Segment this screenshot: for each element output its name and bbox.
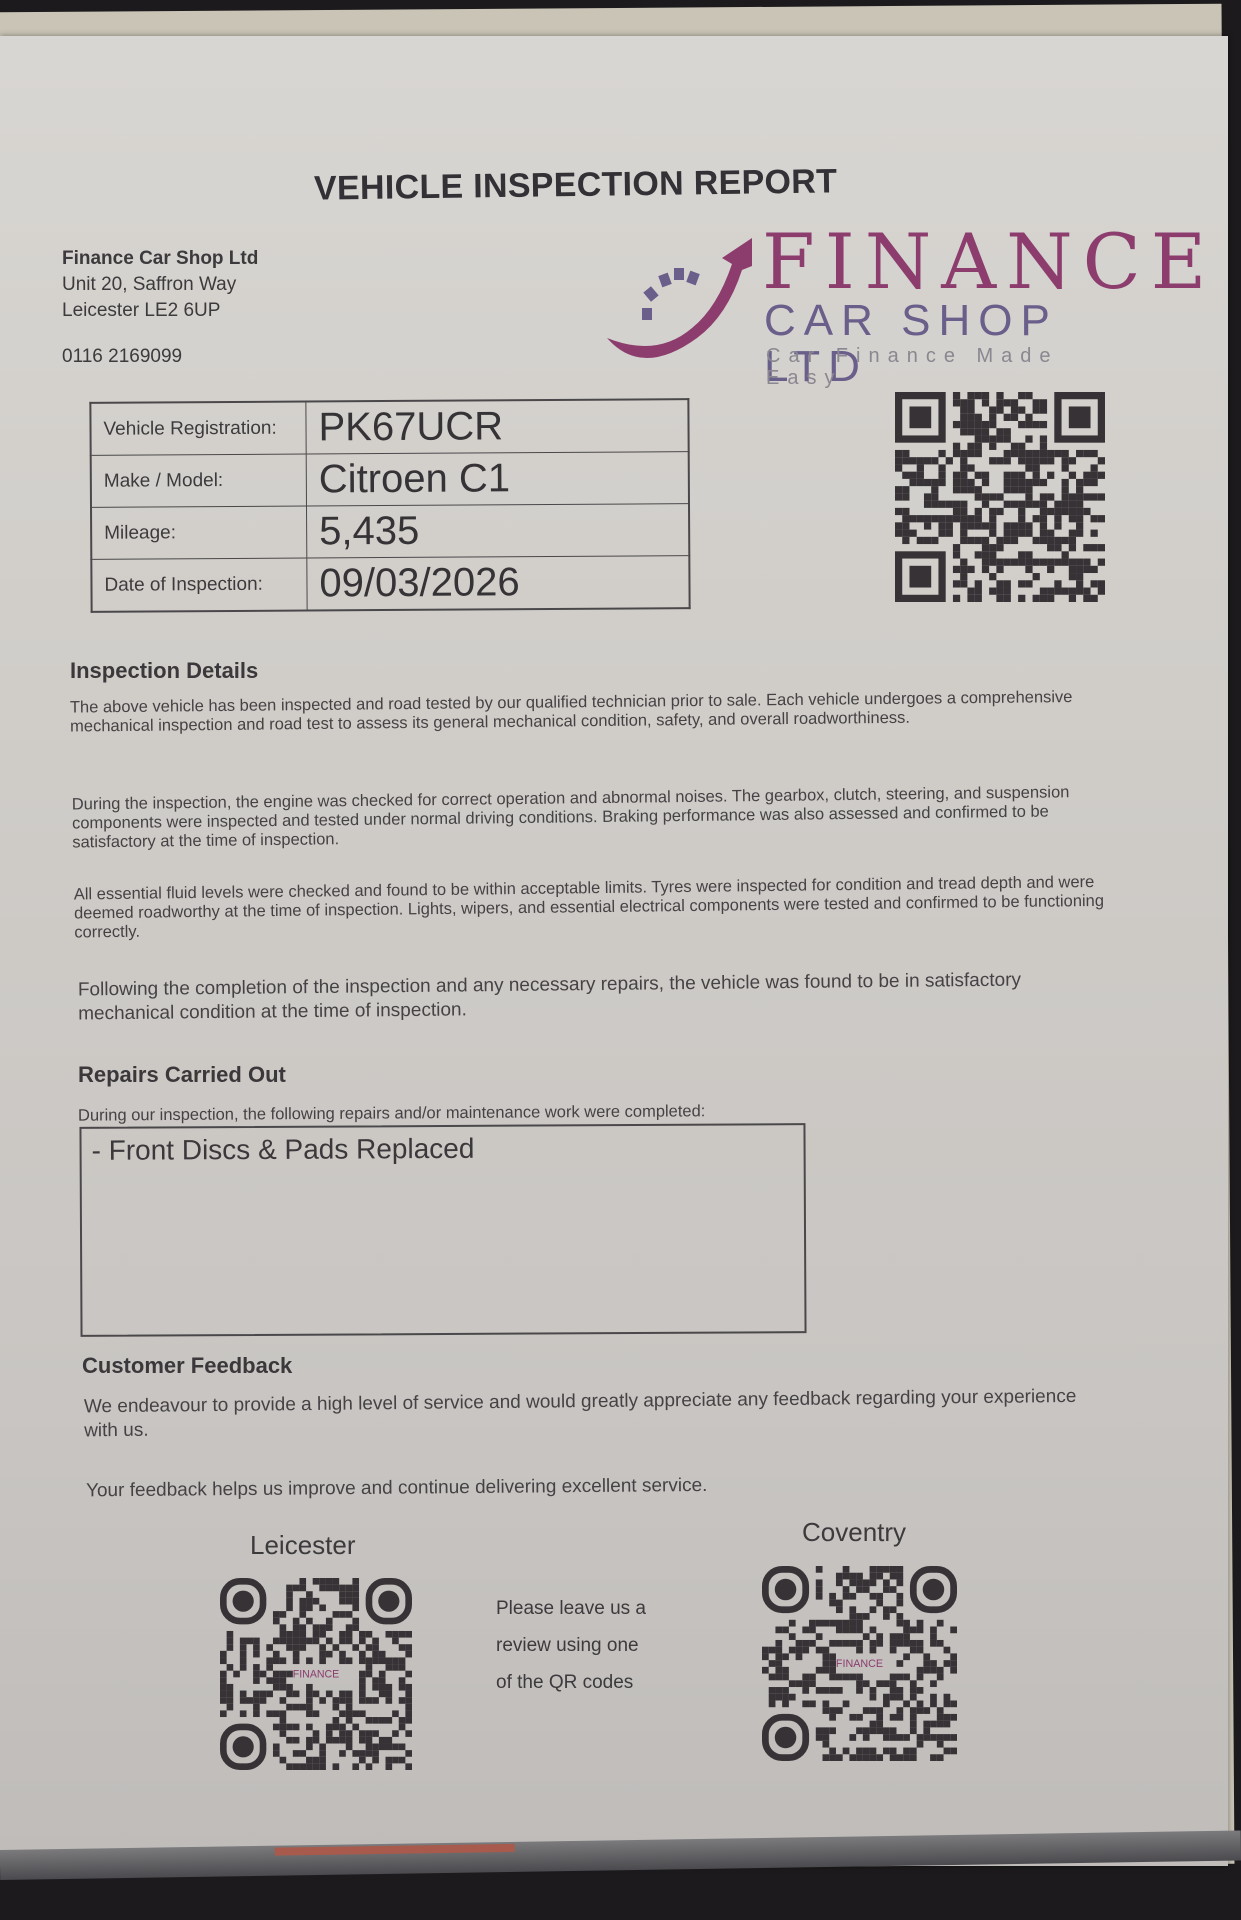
document-title: VEHICLE INSPECTION REPORT	[314, 162, 838, 208]
mileage-label: Mileage:	[91, 506, 307, 559]
inspection-date-value: 09/03/2026	[307, 556, 690, 611]
repairs-heading: Repairs Carried Out	[78, 1062, 286, 1088]
vehicle-registration-value: PK67UCR	[306, 399, 689, 454]
table-row: Vehicle Registration: PK67UCR	[90, 399, 688, 455]
review-note-line-2: review using one	[496, 1627, 646, 1664]
company-logo: FINANCE CAR SHOP LTD Car Finance Made Ea…	[612, 228, 1112, 378]
repairs-list-box: - Front Discs & Pads Replaced	[79, 1123, 806, 1337]
table-row: Mileage: 5,435	[91, 504, 689, 560]
coventry-review-qr-code[interactable]: FINANCE	[762, 1566, 957, 1761]
table-row: Make / Model: Citroen C1	[91, 452, 689, 508]
address-line-2: Leicester LE2 6UP	[62, 298, 258, 324]
rising-arrow-logo-icon	[602, 228, 762, 378]
company-name: Finance Car Shop Ltd	[62, 246, 258, 272]
make-model-value: Citroen C1	[306, 452, 689, 506]
table-row: Date of Inspection: 09/03/2026	[91, 556, 689, 612]
review-note: Please leave us a review using one of th…	[496, 1590, 646, 1701]
inspection-details-heading: Inspection Details	[70, 658, 258, 684]
company-phone: 0116 2169099	[62, 344, 258, 370]
review-note-line-1: Please leave us a	[496, 1590, 646, 1627]
leicester-review-qr-code[interactable]: FINANCE	[220, 1578, 412, 1770]
svg-text:FINANCE: FINANCE	[836, 1658, 883, 1670]
customer-feedback-heading: Customer Feedback	[82, 1353, 292, 1379]
location-label-coventry: Coventry	[802, 1517, 906, 1548]
repair-item: - Front Discs & Pads Replaced	[91, 1133, 474, 1167]
svg-text:FINANCE: FINANCE	[293, 1668, 339, 1680]
header-qr-code[interactable]	[895, 392, 1105, 602]
company-address-block: Finance Car Shop Ltd Unit 20, Saffron Wa…	[62, 246, 258, 370]
vehicle-details-table: Vehicle Registration: PK67UCR Make / Mod…	[89, 398, 690, 613]
review-note-line-3: of the QR codes	[496, 1664, 646, 1701]
vehicle-registration-label: Vehicle Registration:	[90, 402, 306, 456]
location-label-leicester: Leicester	[250, 1530, 356, 1561]
address-line-1: Unit 20, Saffron Way	[62, 272, 258, 298]
red-folder-strip	[275, 1844, 515, 1856]
make-model-label: Make / Model:	[91, 454, 307, 507]
logo-tagline: Car Finance Made Easy	[766, 345, 1112, 389]
logo-word-finance: FINANCE	[762, 222, 1216, 302]
mileage-value: 5,435	[307, 504, 690, 558]
inspection-date-label: Date of Inspection:	[91, 558, 307, 612]
